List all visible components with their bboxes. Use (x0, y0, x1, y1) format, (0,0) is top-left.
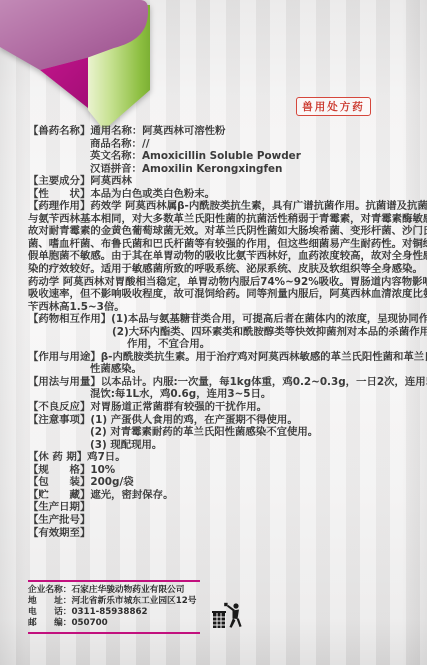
label-text-line: 性菌感染。 (28, 363, 412, 376)
label-text-line: 药动学 阿莫西林对胃酸相当稳定，单胃动物内服后74%~92%吸收。胃肠道内容物影… (28, 276, 412, 289)
label-text-line: 汉语拼音：Amoxilin Kerongxingfen (28, 163, 412, 176)
label-text-line: 故对耐青霉素的金黄色葡萄球菌无效。对革兰氏阴性菌如大肠埃希菌、变形杆菌、沙门氏 (28, 225, 412, 238)
label-text-line: 【生产日期】 (28, 501, 412, 514)
label-text-line: 【性 状】本品为白色或类白色粉末。 (28, 188, 412, 201)
ribbon-decoration-graphic (0, 0, 170, 140)
label-text-line: 地 址：河北省新乐市城东工业园区12号 (28, 596, 200, 607)
label-text-line: 企业名称：石家庄华骏动物药业有限公司 (28, 585, 200, 596)
label-body-text: 【兽药名称】通用名称：阿莫西林可溶性粉商品名称：//英文名称：Amoxicill… (28, 125, 412, 539)
label-text-line: 【包 装】200g/袋 (28, 476, 412, 489)
label-text-line: 【药物相互作用】(1)本品与氨基糖苷类合用，可提高后者在菌体内的浓度，呈现协同作… (28, 313, 412, 326)
label-text-line: (3) 现配现用。 (28, 439, 412, 452)
company-info-box: 企业名称：石家庄华骏动物药业有限公司地 址：河北省新乐市城东工业园区12号电 话… (28, 580, 200, 634)
label-text-line: 假单胞菌不敏感。由于其在单胃动物的吸收比氨苄西林好，血药浓度较高，故对全身性感 (28, 250, 412, 263)
label-text-line: 【休 药 期】鸡7日。 (28, 451, 412, 464)
label-text-line: 【生产批号】 (28, 514, 412, 527)
label-text-line: 【贮 藏】遮光，密封保存。 (28, 489, 412, 502)
label-text-line: 邮 编：050700 (28, 618, 200, 629)
label-text-line: 【规 格】10% (28, 464, 412, 477)
label-text-line: 英文名称：Amoxicillin Soluble Powder (28, 150, 412, 163)
label-text-line: 与氨苄西林基本相同，对大多数革兰氏阳性菌的抗菌活性稍弱于青霉素，对青霉素酶敏感， (28, 213, 412, 226)
label-text-line: 【兽药名称】通用名称：阿莫西林可溶性粉 (28, 125, 412, 138)
label-text-line: 【用法与用量】以本品计。内服:一次量，每1kg体重，鸡0.2~0.3g，一日2次… (28, 376, 412, 389)
prescription-badge: 兽用处方药 (296, 97, 371, 116)
label-text-line: 吸收速率，但不影响吸收程度，故可混饲给药。同等剂量内服后，阿莫西林血清浓度比氨 (28, 288, 412, 301)
label-text-line: 【有效期至】 (28, 527, 412, 540)
label-text-line: 染的疗效较好。适用于敏感菌所致的呼吸系统、泌尿系统、皮肤及软组织等全身感染。 (28, 263, 412, 276)
label-text-line: 电 话：0311-85938862 (28, 607, 200, 618)
label-text-line: 混饮:每1L水，鸡0.6g，连用3~5日。 (28, 388, 412, 401)
label-text-line: 【不良反应】对胃肠道正常菌群有较强的干扰作用。 (28, 401, 412, 414)
label-text-line: 商品名称：// (28, 138, 412, 151)
label-text-line: 【作用与用途】β-内酰胺类抗生素。用于治疗鸡对阿莫西林敏感的革兰氏阳性菌和革兰氏… (28, 351, 412, 364)
drug-label-page: 兽用处方药 【兽药名称】通用名称：阿莫西林可溶性粉商品名称：//英文名称：Amo… (0, 0, 427, 665)
label-text-line: 【主要成分】阿莫西林 (28, 175, 412, 188)
label-text-line: 作用，不宜合用。 (28, 338, 412, 351)
label-text-line: 苄西林高1.5~3倍。 (28, 301, 412, 314)
trash-dispose-icon (210, 602, 244, 634)
label-text-line: (2)大环内酯类、四环素类和酰胺醇类等快效抑菌剂对本品的杀菌作用有干扰 (28, 326, 412, 339)
label-text-line: 【注意事项】(1) 产蛋供人食用的鸡，在产蛋期不得使用。 (28, 414, 412, 427)
label-text-line: 【药理作用】药效学 阿莫西林属β-内酰胺类抗生素，具有广谱抗菌作用。抗菌谱及抗菌… (28, 200, 412, 213)
label-text-line: (2) 对青霉素耐药的革兰氏阳性菌感染不宜使用。 (28, 426, 412, 439)
label-text-line: 菌、嗜血杆菌、布鲁氏菌和巴氏杆菌等有较强的作用，但这些细菌易产生耐药性。对铜绿 (28, 238, 412, 251)
